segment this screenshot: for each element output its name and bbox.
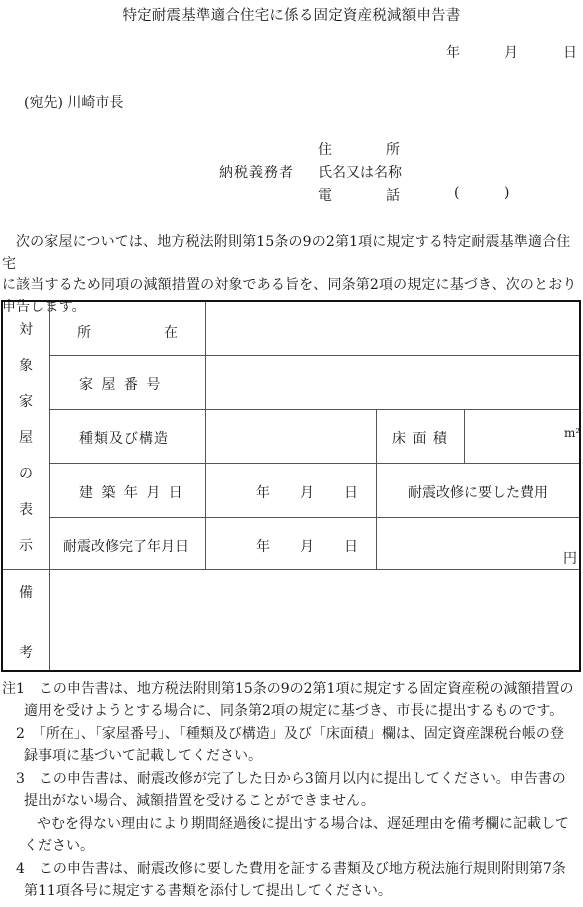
note-1-line-2: 適用を受けようとする場合に、同条第2項の規定に基づき、市長に提出するものです。: [24, 700, 563, 723]
divider: [205, 302, 206, 570]
retrofit-cost-input[interactable]: [378, 518, 579, 569]
location-input[interactable]: [207, 302, 579, 355]
completion-date-label: 耐震改修完了年月日: [63, 536, 189, 556]
intro-line-2: に該当するため同項の減額措置の対象である旨を、同条第2項の規定に基づき、次のとお…: [2, 275, 582, 297]
note-3-line-1: 3 この申告書は、耐震改修が完了した日から3箇月以内に提出してください。申告書の: [16, 768, 566, 791]
divider: [464, 410, 465, 464]
type-structure-input[interactable]: [207, 410, 375, 463]
construction-month[interactable]: 月: [300, 482, 314, 502]
completion-month[interactable]: 月: [300, 536, 314, 556]
divider: [376, 410, 377, 570]
construction-year[interactable]: 年: [256, 482, 270, 502]
type-structure-label: 種類及び構造: [79, 428, 169, 448]
phone-label-b: 話: [386, 188, 400, 204]
note-4-line-2: 第11項各号に規定する書類を添付して提出してください。: [24, 880, 392, 903]
note-4-line-1: 4 この申告書は、耐震改修に要した費用を証する書類及び地方税法施行規則附則第7条: [16, 858, 566, 881]
yen-unit: 円: [563, 548, 577, 568]
note-2-line-2: 録事項に基づいて記載してください。: [24, 745, 262, 768]
section-char: の: [3, 456, 49, 492]
note-3-line-3: やむを得ない理由により期間経過後に提出する場合は、遅延理由を備考欄に記載して: [37, 813, 569, 836]
construction-date-label: 建 築 年 月 日: [79, 482, 185, 502]
property-table: 対 象 家 屋 の 表 示 所 在 家 屋 番 号 種類及び構造 床 面 積 m…: [1, 300, 581, 672]
location-label-a: 所: [77, 322, 91, 342]
divider: [49, 463, 579, 464]
note-3-line-4: ください。: [24, 835, 94, 858]
phone-label-a: 電: [318, 188, 357, 204]
date-year-field[interactable]: 年: [446, 42, 460, 62]
note-2-line-1: 2 「所在」、「家屋番号」、「種類及び構造」及び「床面積」欄は、固定資産課税台帳…: [16, 723, 564, 746]
note-1-line-1: 注1 この申告書は、地方税法附則第15条の9の2第1項に規定する固定資産税の減額…: [2, 678, 573, 701]
addressee: (宛先) 川崎市長: [24, 92, 123, 112]
section-char: 示: [3, 528, 49, 564]
section-char: 表: [3, 492, 49, 528]
floor-area-label: 床 面 積: [392, 428, 448, 448]
house-number-input[interactable]: [207, 356, 579, 409]
taxpayer-phone-field[interactable]: 電 話: [318, 185, 400, 205]
address-label-b: 所: [386, 142, 400, 158]
remarks-label-b: 考: [3, 642, 49, 662]
phone-paren-open: (: [454, 185, 459, 201]
completion-day[interactable]: 日: [344, 536, 358, 556]
date-day-field[interactable]: 日: [563, 42, 577, 62]
taxpayer-address-field[interactable]: 住 所: [318, 139, 400, 159]
divider: [49, 302, 50, 670]
date-month-field[interactable]: 月: [504, 42, 518, 62]
construction-day[interactable]: 日: [344, 482, 358, 502]
remarks-input[interactable]: [51, 570, 579, 670]
address-label-a: 住: [318, 142, 357, 158]
completion-year[interactable]: 年: [256, 536, 270, 556]
floor-area-unit: m²: [564, 426, 580, 440]
section-label: 対 象 家 屋 の 表 示: [3, 312, 49, 564]
note-3-line-2: 提出がない場合、減額措置を受けることができません。: [24, 790, 375, 813]
section-char: 家: [3, 384, 49, 420]
section-char: 対: [3, 312, 49, 348]
section-char: 屋: [3, 420, 49, 456]
house-number-label: 家 屋 番 号: [79, 374, 162, 394]
section-char: 象: [3, 348, 49, 384]
phone-paren-close: ): [504, 185, 509, 201]
remarks-label-a: 備: [3, 582, 49, 602]
taxpayer-label: 納税義務者: [219, 162, 294, 182]
intro-line-1: 次の家屋については、地方税法附則第15条の9の2第1項に規定する特定耐震基準適合…: [2, 232, 582, 275]
document-title: 特定耐震基準適合住宅に係る固定資産税減額申告書: [0, 4, 583, 25]
floor-area-input[interactable]: [466, 410, 579, 463]
retrofit-cost-label: 耐震改修に要した費用: [408, 482, 548, 502]
name-label: 氏名又は名称: [318, 165, 402, 181]
location-label-b: 在: [164, 322, 178, 342]
taxpayer-name-field[interactable]: 氏名又は名称: [318, 162, 402, 182]
